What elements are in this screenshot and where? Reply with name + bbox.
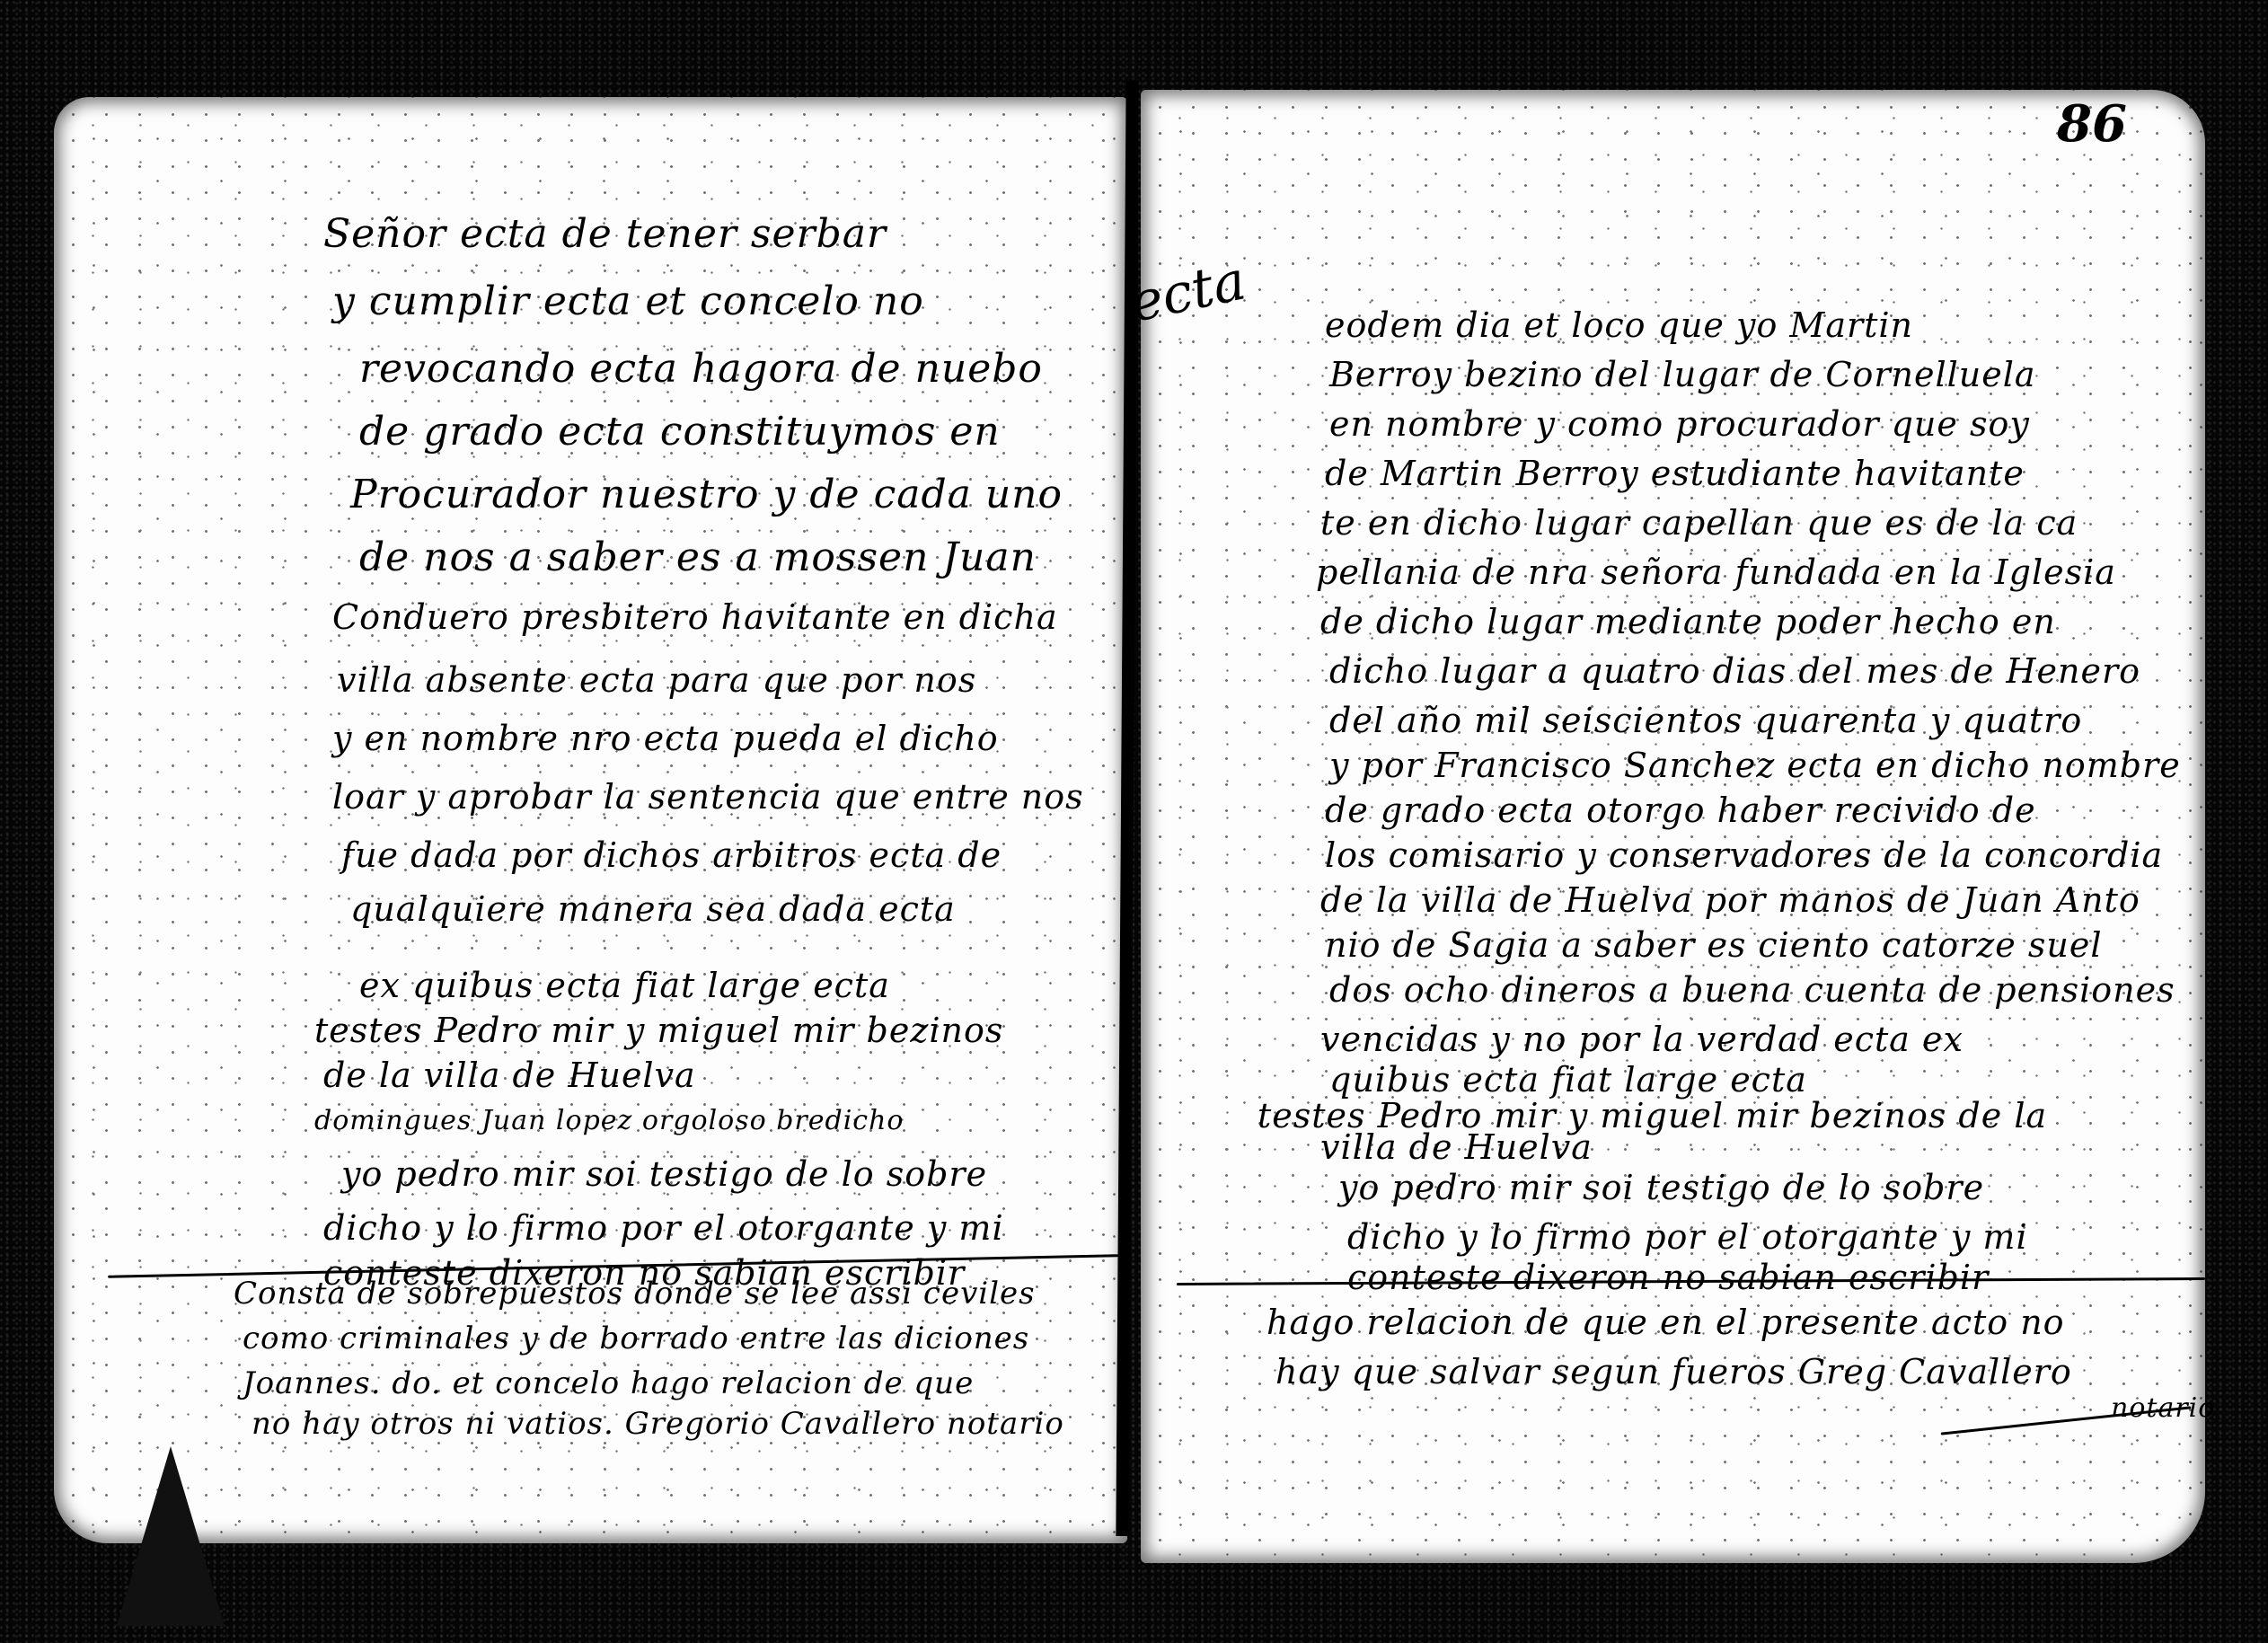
right-line: de dicho lugar mediante poder hecho en (1320, 602, 2056, 641)
left-line: Procurador nuestro y de cada uno (350, 472, 1063, 517)
folio-number: 86 (2057, 94, 2127, 154)
left-line: testes Pedro mir y miguel mir bezinos (314, 1011, 1003, 1050)
right-attestation-line: hay que salvar segun fueros Greg Cavalle… (1275, 1352, 2072, 1391)
left-line: de la villa de Huelva (323, 1056, 696, 1095)
right-line: villa de Huelva (1320, 1127, 1593, 1167)
right-line: Berroy bezino del lugar de Cornelluela (1329, 355, 2036, 394)
left-line: y en nombre nro ecta pueda el dicho (332, 719, 999, 758)
left-line: de grado ecta constituymos en (359, 409, 1001, 455)
left-line: qualquiere manera sea dada ecta (350, 889, 956, 929)
right-line: yo pedro mir soi testigo de lo sobre (1338, 1168, 1984, 1207)
left-line: ex quibus ecta fiat large ecta (359, 966, 890, 1005)
right-line: los comisario y conservadores de la conc… (1325, 835, 2163, 875)
left-line: villa absente ecta para que por nos (337, 660, 976, 700)
right-line: quibus ecta fiat large ecta (1329, 1060, 1807, 1100)
left-line: Señor ecta de tener serbar (323, 211, 887, 257)
left-line: yo pedro mir soi testigo de lo sobre (341, 1154, 987, 1194)
right-attestation-line: notario (2111, 1392, 2215, 1424)
left-line: dicho y lo firmo por el otorgante y mi (323, 1208, 1004, 1248)
right-line: conteste dixeron no sabian escribir (1347, 1258, 1989, 1297)
left-line: fue dada por dichos arbitros ecta de (341, 835, 1002, 875)
right-line: del año mil seiscientos quarenta y quatr… (1329, 701, 2082, 740)
right-attestation-line: hago relacion de que en el presente acto… (1266, 1303, 2065, 1342)
left-attestation-line: no hay otros ni vatios. Gregorio Cavalle… (252, 1406, 1064, 1442)
left-line: domingues Juan lopez orgoloso bredicho (314, 1105, 905, 1136)
right-line: de grado ecta otorgo haber recivido de (1325, 791, 2036, 830)
left-line: Conduero presbitero havitante en dicha (332, 597, 1058, 637)
left-line: loar y aprobar la sentencia que entre no… (332, 777, 1084, 817)
right-line: dicho lugar a quatro dias del mes de Hen… (1329, 651, 2140, 691)
right-line: pellania de nra señora fundada en la Igl… (1316, 552, 2116, 592)
left-attestation-line: como criminales y de borrado entre las d… (243, 1321, 1029, 1356)
right-line: en nombre y como procurador que soy (1329, 404, 2030, 444)
right-line: te en dicho lugar capellan que es de la … (1320, 503, 2078, 543)
left-line: de nos a saber es a mossen Juan (359, 534, 1037, 580)
page-corner-fold (117, 1446, 225, 1626)
right-line: de la villa de Huelva por manos de Juan … (1320, 880, 2140, 920)
right-line: y por Francisco Sanchez ecta en dicho no… (1329, 746, 2181, 785)
left-line: y cumplir ecta et concelo no (332, 278, 924, 324)
left-line: revocando ecta hagora de nuebo (359, 346, 1043, 392)
left-attestation-line: Consta de sobrepuestos donde se lee assi… (234, 1276, 1036, 1312)
right-line: vencidas y no por la verdad ecta ex (1320, 1020, 1964, 1059)
left-attestation-line: Joannes. do. et concelo hago relacion de… (243, 1365, 974, 1401)
right-line: eodem dia et loco que yo Martin (1325, 305, 1913, 345)
right-line: nio de Sagia a saber es ciento catorze s… (1325, 925, 2102, 965)
right-line: dicho y lo firmo por el otorgante y mi (1347, 1217, 2028, 1257)
right-line: de Martin Berroy estudiante havitante (1325, 454, 2025, 493)
right-line: dos ocho dineros a buena cuenta de pensi… (1329, 970, 2175, 1010)
